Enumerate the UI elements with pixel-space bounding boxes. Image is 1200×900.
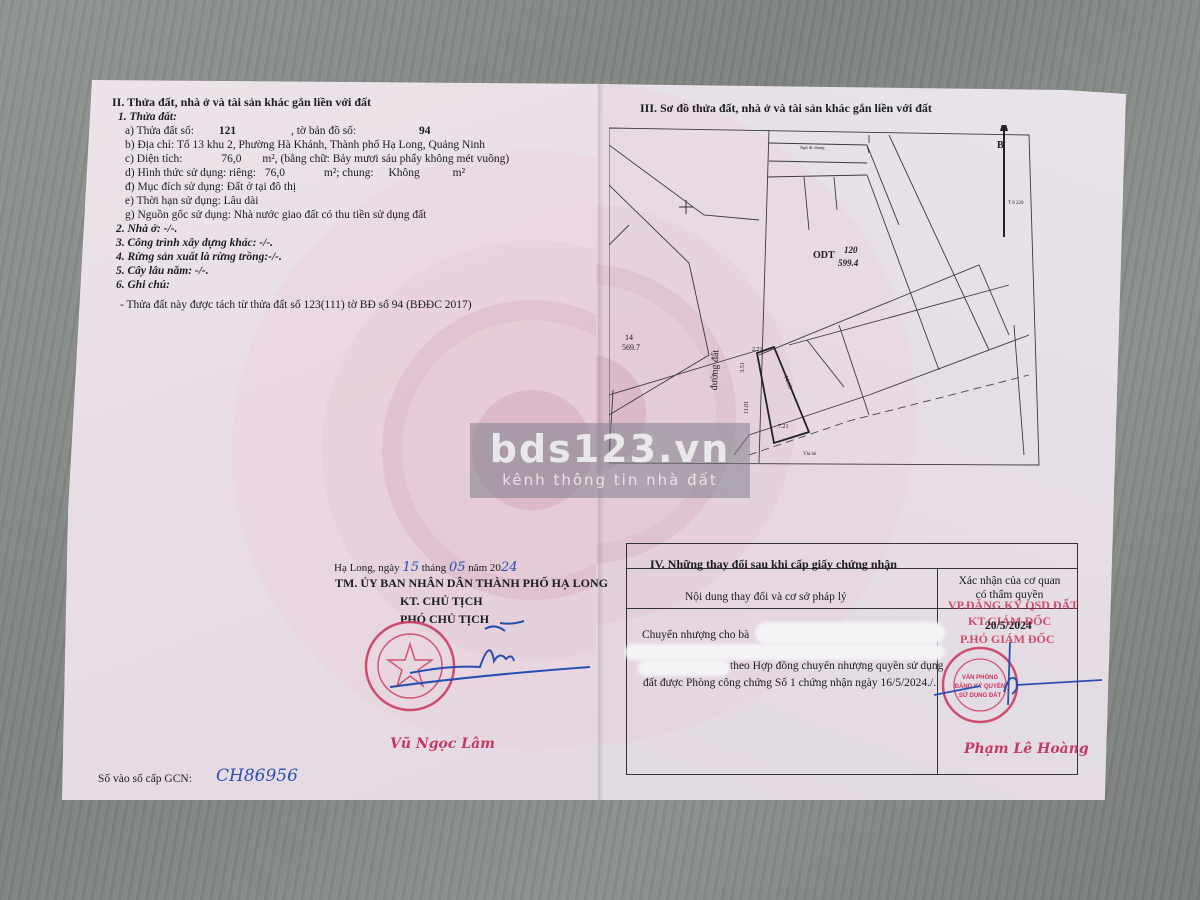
signer-name-right: Phạm Lê Hoàng xyxy=(964,741,1089,757)
term-row: e) Thời hạn sử dụng: Lâu dài xyxy=(125,194,258,209)
corner-area: 220 xyxy=(1016,201,1024,206)
redacted-line-3 xyxy=(638,660,730,676)
issue-day: 15 xyxy=(402,560,419,575)
transfer-line-3: đất được Phòng công chứng Số 1 chứng nhậ… xyxy=(643,676,936,691)
gcn-register-number: CH86956 xyxy=(216,766,298,786)
section-iv-title: IV. Những thay đổi sau khi cấp giấy chứn… xyxy=(650,557,897,572)
shared-alley-label: Ngõ đi chung xyxy=(800,140,825,155)
year-label: năm 20 xyxy=(468,562,501,574)
date-prefix: Hạ Long, ngày xyxy=(334,562,400,574)
sidewalk-label: Vỉa hè xyxy=(803,447,816,462)
dim-left-upper: 3.51 xyxy=(736,362,751,373)
parcel-map xyxy=(609,125,1047,467)
issuing-authority: TM. ỦY BAN NHÂN DÂN THÀNH PHỐ HẠ LONG xyxy=(335,576,608,591)
transfer-line-1: Chuyển nhượng cho bà xyxy=(642,628,749,643)
issue-date-line: Hạ Long, ngày 15 tháng 05 năm 2024 xyxy=(334,560,517,576)
planted-forest-item: 4. Rừng sản xuất là rừng trồng:-/-. xyxy=(116,250,282,265)
gcn-register-label: Số vào sổ cấp GCN: xyxy=(98,772,192,787)
dim-left-lower: 11.01 xyxy=(740,401,755,414)
road-label: đường đất xyxy=(707,350,723,391)
map-sheet-value: 94 xyxy=(419,125,431,137)
address-row: b) Địa chỉ: Tổ 13 khu 2, Phường Hà Khánh… xyxy=(125,138,485,153)
section-iii-title: III. Sơ đồ thửa đất, nhà ở và tài sản kh… xyxy=(640,101,932,116)
corner-code: T xyxy=(1008,201,1011,206)
area-value: 76,0 xyxy=(221,153,241,165)
north-arrow-label: B xyxy=(997,138,1004,153)
signature-right-icon xyxy=(930,640,1110,710)
issue-year: 24 xyxy=(501,560,518,575)
watermark-brand: bds123.vn xyxy=(470,427,750,471)
corner-number: 8 xyxy=(1012,201,1015,206)
purpose-row: đ) Mục đích sử dụng: Đất ở tại đô thị xyxy=(125,180,296,195)
notes-text: - Thửa đất này được tách từ thửa đất số … xyxy=(120,298,472,313)
usage-form-label: d) Hình thức sử dụng: riêng: xyxy=(125,167,256,179)
parcel-number-row: a) Thửa đất số: 121 , tờ bản đồ số: 94 xyxy=(125,124,431,139)
parcel-120-code: ODT xyxy=(813,248,835,263)
watermark-overlay: bds123.vn kênh thông tin nhà đất xyxy=(470,423,750,498)
dim-top: 2.71 xyxy=(752,343,763,358)
common-area-unit: m² xyxy=(453,167,465,179)
house-item: 2. Nhà ở: -/-. xyxy=(116,222,177,237)
signature-left-icon xyxy=(380,615,600,695)
parcel-number-label: a) Thửa đất số: xyxy=(125,125,194,137)
parcel-number-value: 121 xyxy=(219,125,236,137)
subsection-parcel-title: 1. Thửa đất: xyxy=(118,110,177,125)
signer-name-left: Vũ Ngọc Lâm xyxy=(390,736,495,752)
issue-month: 05 xyxy=(449,560,466,575)
map-sheet-label: , tờ bản đồ số: xyxy=(291,125,356,137)
section-ii-title: II. Thửa đất, nhà ở và tài sản khác gắn … xyxy=(112,95,371,110)
perennial-trees-item: 5. Cây lâu năm: -/-. xyxy=(116,264,209,279)
changes-column-header: Nội dung thay đổi và cơ sở pháp lý xyxy=(685,590,847,605)
confirm-office-stamp: VP.ĐĂNG KÝ QSD ĐẤT xyxy=(948,598,1078,613)
corner-reference: T 8 220 xyxy=(1008,196,1023,211)
watermark-tagline: kênh thông tin nhà đất xyxy=(470,471,750,489)
transfer-line-2: theo Hợp đồng chuyển nhượng quyền sử dụn… xyxy=(730,659,943,674)
month-label: tháng xyxy=(422,562,446,574)
redacted-line-2 xyxy=(625,644,945,660)
signer-role-1: KT. CHỦ TỊCH xyxy=(400,594,483,609)
other-construction-item: 3. Công trình xây dựng khác: -/-. xyxy=(116,236,273,251)
area-in-words: m², (bằng chữ: Bảy mươi sáu phẩy không m… xyxy=(262,153,509,165)
common-area-value: Không xyxy=(388,167,419,179)
origin-row: g) Nguồn gốc sử dụng: Nhà nước giao đất … xyxy=(125,208,426,223)
area-label: c) Diện tích: xyxy=(125,153,182,165)
private-area-value: 76,0 xyxy=(265,167,285,179)
redacted-buyer-name xyxy=(755,622,945,644)
common-label: m²; chung: xyxy=(324,167,374,179)
parcel-120-area: 599.4 xyxy=(838,256,858,271)
dim-bottom: 7.21 xyxy=(778,420,789,435)
notes-title: 6. Ghi chú: xyxy=(116,278,170,293)
area-row: c) Diện tích: 76,0 m², (bằng chữ: Bảy mư… xyxy=(125,152,509,167)
parcel-14-area: 569.7 xyxy=(622,340,640,355)
usage-form-row: d) Hình thức sử dụng: riêng: 76,0 m²; ch… xyxy=(125,166,465,181)
